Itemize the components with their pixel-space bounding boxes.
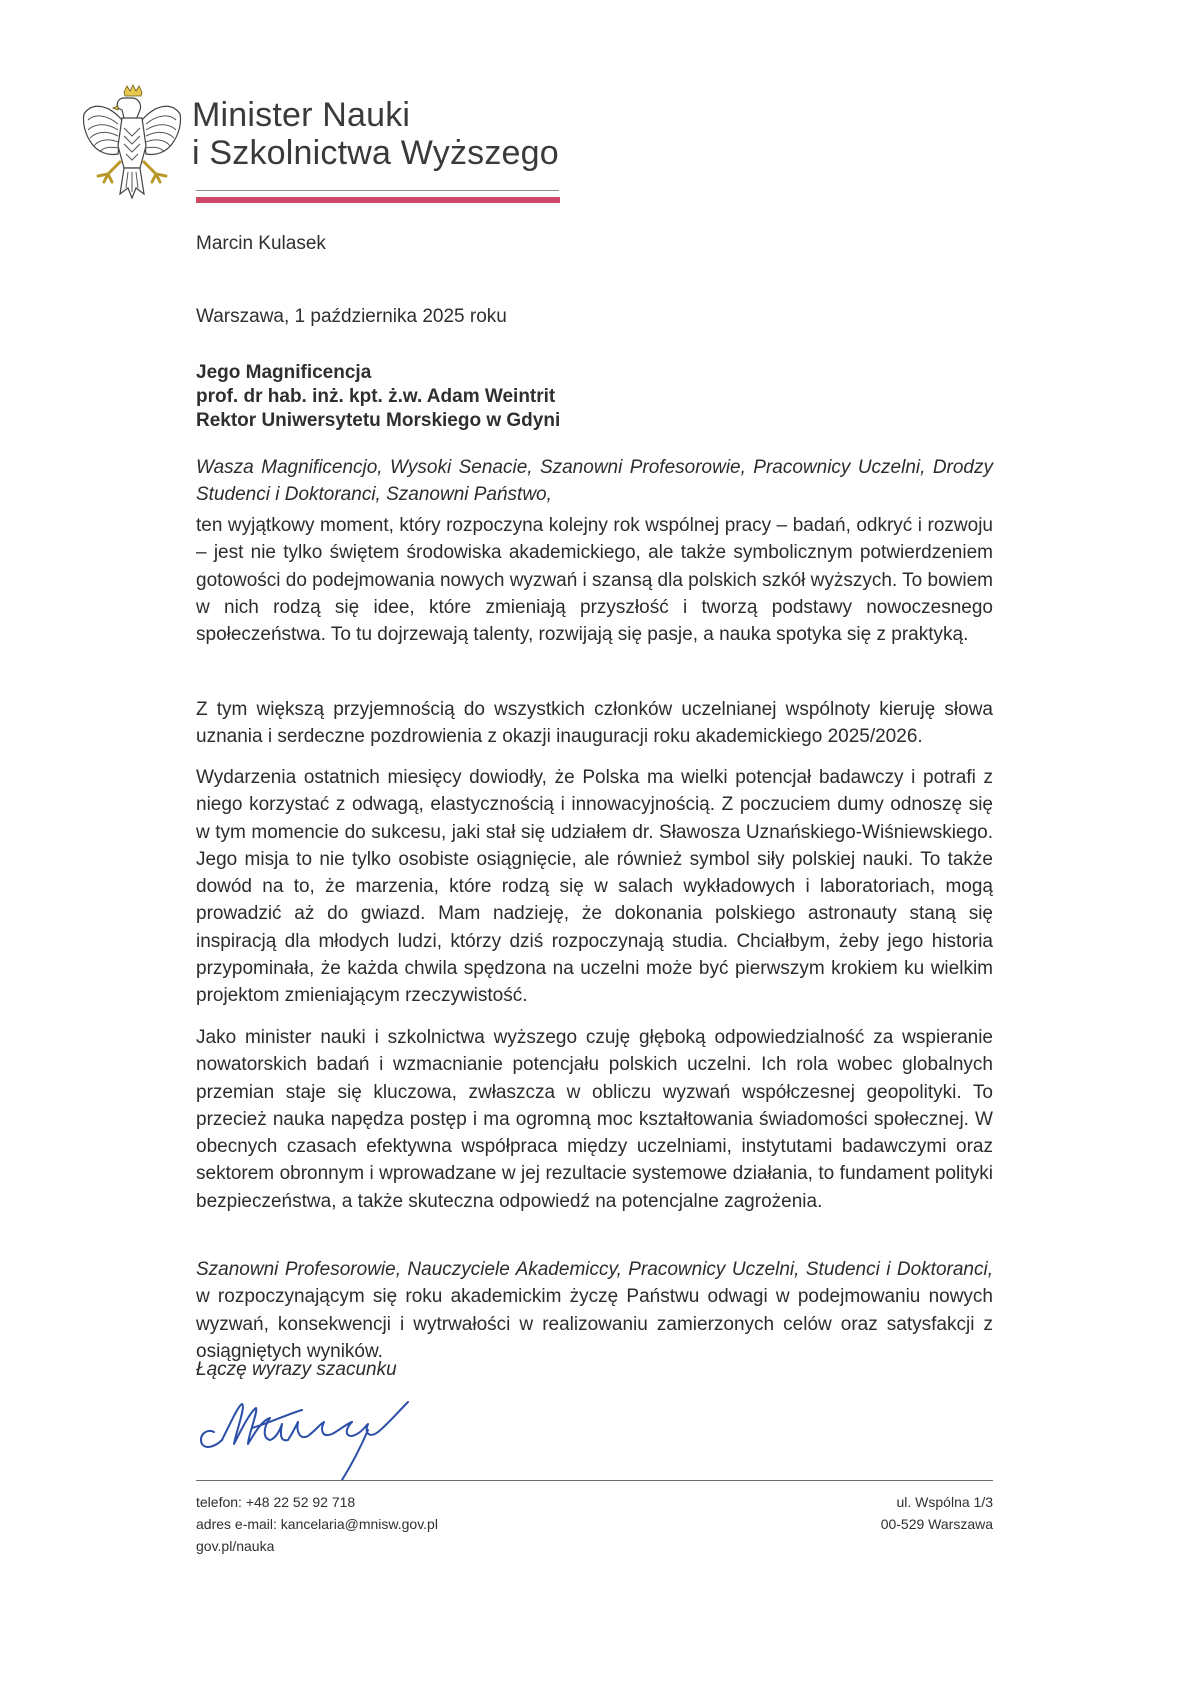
final-paragraph-wishes: w rozpoczynającym się roku akademickim ż…: [196, 1286, 993, 1362]
footer-address: ul. Wspólna 1/3 00-529 Warszawa: [881, 1491, 993, 1535]
footer-contact: telefon: +48 22 52 92 718 adres e-mail: …: [196, 1491, 438, 1557]
letter-salutation: Wasza Magnificencjo, Wysoki Senacie, Sza…: [196, 454, 993, 509]
letter-closing: Łączę wyrazy szacunku: [196, 1356, 993, 1383]
letter-page: Minister Nauki i Szkolnictwa Wyższego Ma…: [0, 0, 1192, 1684]
ministry-title: Minister Nauki i Szkolnictwa Wyższego: [192, 96, 559, 172]
footer-divider: [196, 1480, 993, 1481]
letter-paragraph: ten wyjątkowy moment, który rozpoczyna k…: [196, 512, 993, 648]
ministry-title-line2: i Szkolnictwa Wyższego: [192, 134, 559, 172]
footer-phone: telefon: +48 22 52 92 718: [196, 1491, 438, 1513]
footer-city: 00-529 Warszawa: [881, 1513, 993, 1535]
letter-paragraph: Jako minister nauki i szkolnictwa wyższe…: [196, 1024, 993, 1215]
header-accent-bar: [196, 197, 560, 203]
letter-date: Warszawa, 1 października 2025 roku: [196, 303, 507, 330]
final-paragraph-address: Szanowni Profesorowie, Nauczyciele Akade…: [196, 1259, 993, 1280]
letter-paragraph: Z tym większą przyjemnością do wszystkic…: [196, 696, 993, 751]
addressee-name: prof. dr hab. inż. kpt. ż.w. Adam Weintr…: [196, 385, 560, 409]
letter-final-paragraph: Szanowni Profesorowie, Nauczyciele Akade…: [196, 1256, 993, 1365]
sender-name: Marcin Kulasek: [196, 230, 326, 257]
ministry-title-line1: Minister Nauki: [192, 96, 559, 134]
white-eagle-emblem-icon: [78, 84, 186, 204]
signature-icon: [192, 1384, 472, 1484]
addressee-title: Jego Magnificencja: [196, 361, 560, 385]
footer-street: ul. Wspólna 1/3: [881, 1491, 993, 1513]
letter-paragraph: Wydarzenia ostatnich miesięcy dowiodły, …: [196, 764, 993, 1010]
header-divider: [196, 190, 559, 191]
addressee-block: Jego Magnificencja prof. dr hab. inż. kp…: [196, 361, 560, 433]
footer-email[interactable]: adres e-mail: kancelaria@mnisw.gov.pl: [196, 1513, 438, 1535]
addressee-position: Rektor Uniwersytetu Morskiego w Gdyni: [196, 409, 560, 433]
footer-website[interactable]: gov.pl/nauka: [196, 1535, 438, 1557]
